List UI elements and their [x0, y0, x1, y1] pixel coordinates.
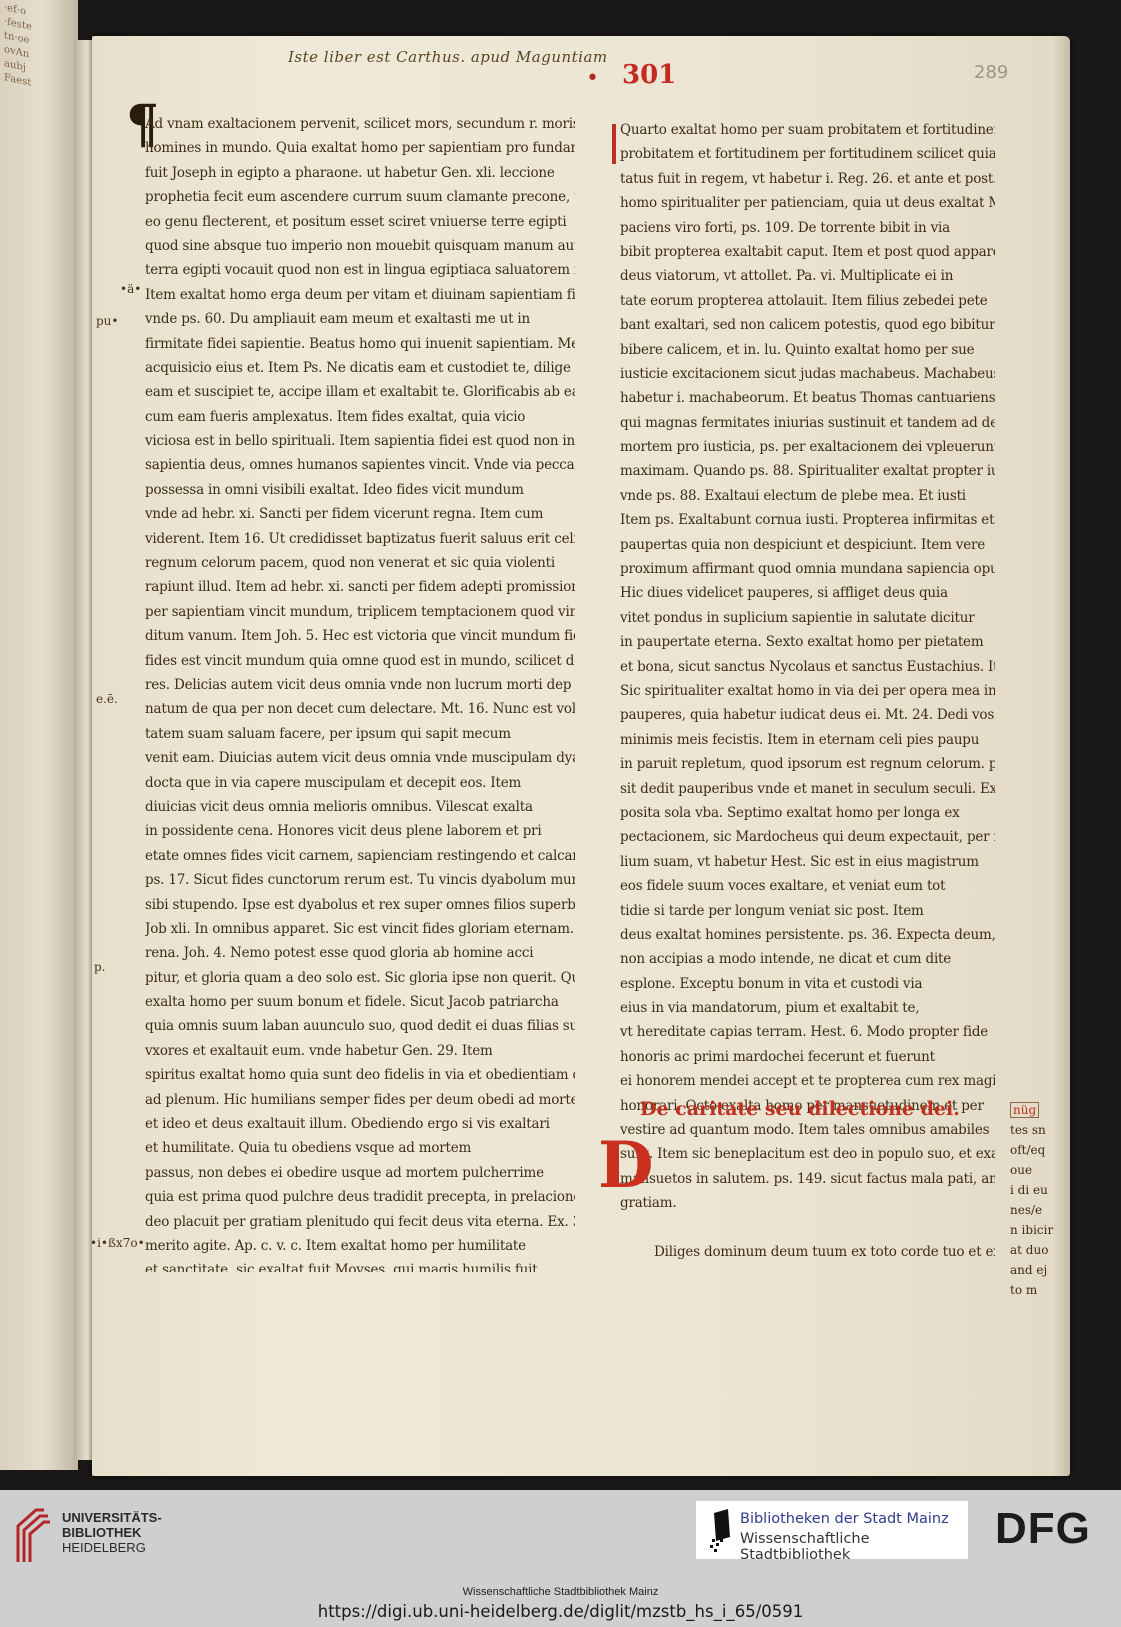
text-line: sapientia deus, omnes humanos sapientes … [145, 453, 575, 477]
text-line: vitet pondus in suplicium sapientie in s… [620, 606, 995, 630]
right-edge-notes: nügtes snoft/eqouei di eunes/en ibicirat… [1010, 1100, 1070, 1300]
text-line: sit dedit pauperibus vnde et manet in se… [620, 777, 995, 801]
text-line: bant exaltari, sed non calicem potestis,… [620, 313, 995, 337]
margin-note: p. [94, 960, 106, 974]
text-line: quia est prima quod pulchre deus tradidi… [145, 1185, 575, 1209]
text-line: tidie si tarde per longum veniat sic pos… [620, 899, 995, 923]
text-line: Item exaltat homo erga deum per vitam et… [145, 283, 575, 307]
text-line: rena. Joh. 4. Nemo potest esse quod glor… [145, 941, 575, 965]
edge-note: n ibicir [1010, 1220, 1070, 1240]
text-line: paciens viro forti, ps. 109. De torrente… [620, 216, 995, 240]
text-line: Sic spiritualiter exaltat homo in via de… [620, 679, 995, 703]
text-line: Job xli. In omnibus apparet. Sic est vin… [145, 917, 575, 941]
ub-logo-line3: HEIDELBERG [62, 1540, 162, 1555]
edge-note: at duo [1010, 1240, 1070, 1260]
text-line: prophetia fecit eum ascendere currum suu… [145, 185, 575, 209]
text-line: vnde ps. 60. Du ampliauit eam meum et ex… [145, 307, 575, 331]
text-line: posita sola vba. Septimo exaltat homo pe… [620, 801, 995, 825]
text-line: cum eam fueris amplexatus. Item fides ex… [145, 405, 575, 429]
red-initial-d: D [598, 1128, 654, 1203]
heading-spacer [620, 1216, 995, 1240]
text-line: per sapientiam vincit mundum, triplicem … [145, 600, 575, 624]
text-line: passus, non debes ei obedire usque ad mo… [145, 1161, 575, 1185]
text-line: esplone. Exceptu bonum in vita et custod… [620, 972, 995, 996]
text-line: quod sine absque tuo imperio non mouebit… [145, 234, 575, 258]
text-line: docta que in via capere muscipulam et de… [145, 771, 575, 795]
text-line: deus viatorum, vt attollet. Pa. vi. Mult… [620, 264, 995, 288]
text-line: probitatem et fortitudinem per fortitudi… [620, 142, 995, 166]
text-line: paupertas quia non despiciunt et despici… [620, 533, 995, 557]
mainz-logo-line1: Bibliotheken der Stadt Mainz [740, 1511, 949, 1527]
text-line: tatem suam saluam facere, per ipsum qui … [145, 722, 575, 746]
ub-heidelberg-logo[interactable]: UNIVERSITÄTS- BIBLIOTHEK HEIDELBERG [62, 1510, 162, 1555]
text-line: deo placuit per gratiam plenitudo qui fe… [145, 1210, 575, 1234]
text-line: pitur, et gloria quam a deo solo est. Si… [145, 966, 575, 990]
book-icon [706, 1509, 736, 1553]
mainz-library-logo[interactable]: Bibliotheken der Stadt Mainz Wissenschaf… [696, 1501, 968, 1559]
rubric-heading: De caritate seu dilectione dei. [640, 1098, 960, 1120]
text-line: venit eam. Diuicias autem vicit deus omn… [145, 746, 575, 770]
text-line: res. Delicias autem vicit deus omnia vnd… [145, 673, 575, 697]
text-line: viderent. Item 16. Ut credidisset baptiz… [145, 527, 575, 551]
text-line: sunt. Item sic beneplacitum est deo in p… [620, 1142, 995, 1166]
margin-note: •ä• [120, 282, 141, 296]
text-line: regnum celorum pacem, quod non venerat e… [145, 551, 575, 575]
edge-note: i di eu [1010, 1180, 1070, 1200]
text-line: terra egipti vocauit quod non est in lin… [145, 258, 575, 282]
text-line: etate omnes fides vicit carnem, sapienci… [145, 844, 575, 868]
right-text-column: Quarto exaltat homo per suam probitatem … [620, 118, 995, 1268]
permalink-url[interactable]: https://digi.ub.uni-heidelberg.de/diglit… [0, 1602, 1121, 1621]
edge-note: and ej [1010, 1260, 1070, 1280]
text-line: vt hereditate capias terram. Hest. 6. Mo… [620, 1020, 995, 1044]
text-line: lium suam, vt habetur Hest. Sic est in e… [620, 850, 995, 874]
text-line: bibere calicem, et in. lu. Quinto exalta… [620, 338, 995, 362]
edge-note: tes sn [1010, 1120, 1070, 1140]
edge-note: to m [1010, 1280, 1070, 1300]
text-line: eos fidele suum voces exaltare, et venia… [620, 874, 995, 898]
text-line: viciosa est in bello spirituali. Item sa… [145, 429, 575, 453]
text-line: habetur i. machabeorum. Et beatus Thomas… [620, 386, 995, 410]
text-line: vnde ad hebr. xi. Sancti per fidem vicer… [145, 502, 575, 526]
footer: UNIVERSITÄTS- BIBLIOTHEK HEIDELBERG Bibl… [0, 1490, 1121, 1627]
text-line: spiritus exaltat homo quia sunt deo fide… [145, 1063, 575, 1087]
manuscript-scan: ·ef·o·festetn·oeovAnaubjFaest Iste liber… [0, 0, 1121, 1490]
edge-note: nes/e [1010, 1200, 1070, 1220]
ub-heidelberg-logo-icon [12, 1504, 52, 1564]
edge-note: oue [1010, 1160, 1070, 1180]
text-line: fuit Joseph in egipto a pharaone. ut hab… [145, 161, 575, 185]
text-line: qui magnas fermitates iniurias sustinuit… [620, 411, 995, 435]
text-line: rapiunt illud. Item ad hebr. xi. sancti … [145, 575, 575, 599]
text-line: homines in mundo. Quia exaltat homo per … [145, 136, 575, 160]
ub-logo-line2: BIBLIOTHEK [62, 1525, 162, 1540]
edge-note: oft/eq [1010, 1140, 1070, 1160]
text-line: vnde ps. 88. Exaltaui electum de plebe m… [620, 484, 995, 508]
text-line: et humilitate. Quia tu obediens vsque ad… [145, 1136, 575, 1160]
rubric-stroke [612, 124, 616, 164]
text-line: in possidente cena. Honores vicit deus p… [145, 819, 575, 843]
margin-note: e.ē. [96, 692, 118, 706]
text-line: sibi stupendo. Ipse est dyabolus et rex … [145, 893, 575, 917]
text-line: mansuetos in salutem. ps. 149. sicut fac… [620, 1167, 995, 1191]
folio-mark: • [586, 66, 599, 91]
margin-note: •i•ßx7o• [90, 1236, 145, 1250]
text-line: pauperes, quia habetur iudicat deus ei. … [620, 703, 995, 727]
text-line: merito agite. Ap. c. v. c. Item exaltat … [145, 1234, 575, 1258]
text-line: eo genu flecterent, et positum esset sci… [145, 210, 575, 234]
ownership-note: Iste liber est Carthus. apud Maguntiam [288, 48, 608, 66]
text-line: eam et suscipiet te, accipe illam et exa… [145, 380, 575, 404]
folio-number-red: 301 [622, 60, 676, 90]
text-line: natum de qua per non decet cum delectare… [145, 697, 575, 721]
text-line: tatus fuit in regem, vt habetur i. Reg. … [620, 167, 995, 191]
text-line: Item ps. Exaltabunt cornua iusti. Propte… [620, 508, 995, 532]
text-line: Diliges dominum deum tuum ex toto corde … [654, 1240, 995, 1264]
previous-page-text: ·ef·o·festetn·oeovAnaubjFaest [4, 1, 70, 99]
caritate-section: Diliges dominum deum tuum ex toto corde … [620, 1240, 995, 1268]
mainz-logo-line2: Wissenschaftliche Stadtbibliothek [740, 1531, 968, 1563]
text-line: acquisicio eius et. Item Ps. Ne dicatis … [145, 356, 575, 380]
text-line: ditum vanum. Item Joh. 5. Hec est victor… [145, 624, 575, 648]
text-line: gratiam. [620, 1191, 995, 1215]
text-line: firmitate fidei sapientie. Beatus homo q… [145, 332, 575, 356]
folio-number-pencil: 289 [974, 62, 1008, 83]
text-line: non accipias a modo intende, ne dicat et… [620, 947, 995, 971]
text-line: et ideo et deus exaltauit illum. Obedien… [145, 1112, 575, 1136]
text-line: ei honorem mendei accept et te propterea… [620, 1069, 995, 1093]
edge-note: nüg [1010, 1100, 1070, 1120]
text-line: bibit propterea exaltabit caput. Item et… [620, 240, 995, 264]
text-line: fides est vincit mundum quia omne quod e… [145, 649, 575, 673]
margin-note: pu• [96, 314, 119, 328]
text-line: iusticie excitacionem sicut judas machab… [620, 362, 995, 386]
text-line: tate eorum propterea attolauit. Item fil… [620, 289, 995, 313]
text-line: Hic diues videlicet pauperes, si afflige… [620, 581, 995, 605]
text-line: Ad vnam exaltacionem pervenit, scilicet … [145, 112, 575, 136]
text-line: Quarto exaltat homo per suam probitatem … [620, 118, 995, 142]
left-text-column: Ad vnam exaltacionem pervenit, scilicet … [145, 112, 575, 1272]
text-line: proximum affirmant quod omnia mundana sa… [620, 557, 995, 581]
text-line: possessa in omni visibili exaltat. Ideo … [145, 478, 575, 502]
text-line: quia omnis suum laban auunculo suo, quod… [145, 1014, 575, 1038]
text-line: ad plenum. Hic humilians semper fides pe… [145, 1088, 575, 1112]
text-line: et bona, sicut sanctus Nycolaus et sanct… [620, 655, 995, 679]
text-line: in paupertate eterna. Sexto exaltat homo… [620, 630, 995, 654]
text-line: vestire ad quantum modo. Item tales omni… [620, 1118, 995, 1142]
text-line: deus exaltat homines persistente. ps. 36… [620, 923, 995, 947]
text-line: et sanctitate, sic exaltat fuit Moyses, … [145, 1258, 575, 1272]
text-line: ps. 17. Sicut fides cunctorum rerum est.… [145, 868, 575, 892]
text-line: mortem pro iusticia, ps. per exaltacione… [620, 435, 995, 459]
text-line: exalta homo per suum bonum et fidele. Si… [145, 990, 575, 1014]
text-line: minimis meis fecistis. Item in eternam c… [620, 728, 995, 752]
text-line: pectacionem, sic Mardocheus qui deum exp… [620, 825, 995, 849]
previous-page-edge: ·ef·o·festetn·oeovAnaubjFaest [0, 0, 78, 1470]
credit-text: Wissenschaftliche Stadtbibliothek Mainz [0, 1586, 1121, 1598]
ub-logo-line1: UNIVERSITÄTS- [62, 1510, 162, 1525]
text-line: in paruit repletum, quod ipsorum est reg… [620, 752, 995, 776]
text-line: homo spiritualiter per patienciam, quia … [620, 191, 995, 215]
text-line: maximam. Quando ps. 88. Spiritualiter ex… [620, 459, 995, 483]
text-line: tu, sine errore, vt non est in ea dubium… [654, 1264, 995, 1268]
text-line: diuicias vicit deus omnia melioris omnib… [145, 795, 575, 819]
text-line: honoris ac primi mardochei fecerunt et f… [620, 1045, 995, 1069]
dfg-logo[interactable]: DFG [995, 1504, 1091, 1554]
text-line: vxores et exaltauit eum. vnde habetur Ge… [145, 1039, 575, 1063]
text-line: eius in via mandatorum, pium et exaltabi… [620, 996, 995, 1020]
